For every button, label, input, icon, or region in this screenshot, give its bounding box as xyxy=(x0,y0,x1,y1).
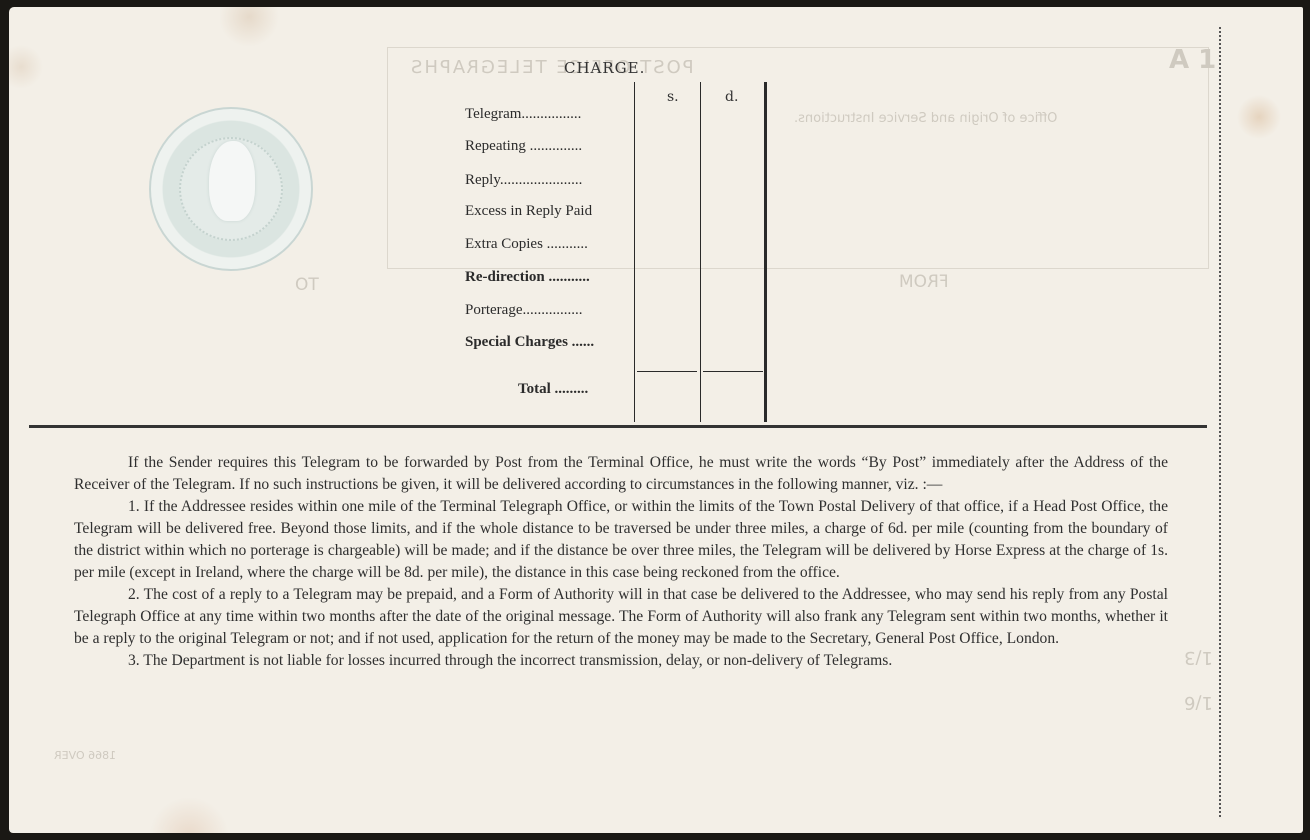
show-through-from: FROM xyxy=(899,272,949,292)
show-through-mark-1: 1/3 xyxy=(1184,647,1213,668)
show-through-to: TO xyxy=(295,275,319,295)
charge-row-extra-copies: Extra Copies ........... xyxy=(465,236,588,253)
notice-item-3: 3. The Department is not liable for loss… xyxy=(74,650,1168,672)
charge-title: CHARGE. xyxy=(564,59,645,77)
charge-row-reply: Reply...................... xyxy=(465,172,582,189)
show-through-mark-2: 1/6 xyxy=(1184,692,1213,713)
shillings-column-divider xyxy=(634,82,635,422)
show-through-origin-line: Office of Origin and Service Instruction… xyxy=(794,111,1057,126)
charge-row-excess-reply-paid: Excess in Reply Paid xyxy=(465,203,592,220)
notice-item-1: 1. If the Addressee resides within one m… xyxy=(74,496,1168,584)
charge-row-total: Total ......... xyxy=(518,381,588,398)
section-separator xyxy=(29,425,1207,428)
total-rule-pence xyxy=(703,371,763,372)
column-shillings: s. xyxy=(667,89,679,105)
notice-item-2: 2. The cost of a reply to a Telegram may… xyxy=(74,584,1168,650)
charge-row-porterage: Porterage................ xyxy=(465,302,582,319)
show-through-bottom-left: 1866 OVER xyxy=(54,749,116,762)
show-through-corner-mark: A 1 xyxy=(1169,45,1216,75)
show-through-header: POST OFFICE TELEGRAPHS xyxy=(409,57,694,78)
charge-row-re-direction: Re-direction ........... xyxy=(465,269,590,286)
charge-table-right-border xyxy=(764,82,767,422)
pence-column-divider xyxy=(700,82,701,422)
perforation-line xyxy=(1219,27,1221,817)
telegram-form-paper: POST OFFICE TELEGRAPHS A 1 Office of Ori… xyxy=(9,7,1303,833)
charge-row-repeating: Repeating .............. xyxy=(465,138,582,155)
charge-row-special-charges: Special Charges ...... xyxy=(465,334,594,351)
charge-row-telegram: Telegram................ xyxy=(465,106,581,123)
total-rule-shillings xyxy=(637,371,697,372)
column-pence: d. xyxy=(725,89,738,105)
embossed-stamp-icon xyxy=(149,107,313,271)
delivery-notice: If the Sender requires this Telegram to … xyxy=(74,452,1168,672)
notice-intro: If the Sender requires this Telegram to … xyxy=(74,452,1168,496)
